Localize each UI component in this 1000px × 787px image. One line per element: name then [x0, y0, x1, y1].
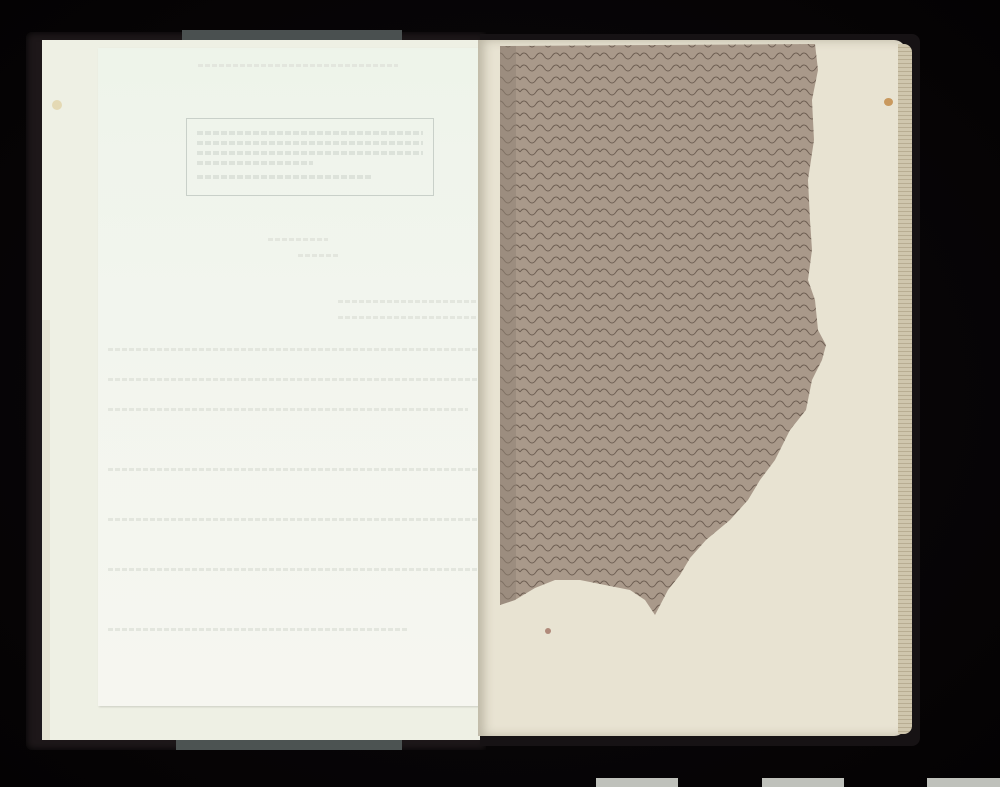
page-spot — [545, 628, 551, 634]
page-edges — [898, 44, 912, 734]
paper-stain — [52, 100, 62, 110]
right-page — [478, 40, 906, 736]
reference-slip — [98, 48, 498, 706]
color-target — [927, 778, 1000, 787]
color-target — [596, 778, 678, 787]
binding-strip — [42, 320, 50, 740]
slip-label-box — [186, 118, 434, 196]
page-stain — [884, 98, 893, 106]
color-target — [762, 778, 844, 787]
